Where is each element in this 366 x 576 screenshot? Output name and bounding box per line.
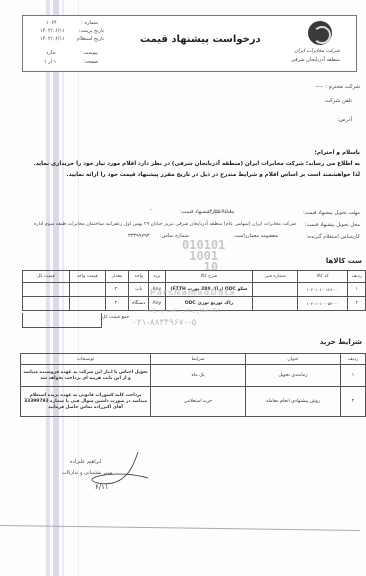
- col-unit-price: قیمت واحد: [69, 271, 105, 283]
- company-name: شرکت مخابرات ایران: [294, 48, 340, 54]
- meta-value-attachment: ندارد: [46, 50, 56, 56]
- watermark-binary: 010101 1001 10: [182, 240, 225, 273]
- meta-value-inquiry-date: ۱۴۰۲/۰۶/۱۱: [40, 36, 65, 42]
- signature-date: ۶/۱۱: [95, 483, 109, 491]
- cell-condition: خرید استعلامی: [151, 387, 246, 417]
- cell-row: ۱: [341, 365, 366, 387]
- expert-value: معصومه معمارراست: [234, 233, 278, 239]
- meta-value-print-date: ۱۴۰۲/۰۶/۱۱: [40, 28, 65, 34]
- cell-condition: یک ماه: [151, 365, 246, 387]
- cell-unit: باب: [129, 283, 149, 297]
- cell-tech-no: [253, 283, 297, 297]
- cell-unit-price: [69, 283, 105, 297]
- col-qty: مقدار: [105, 271, 129, 283]
- watermark-portal: پایگاه اطلاع رسانی مناقصه و مزایده: [146, 308, 221, 314]
- meta-value-page: ۱ از ۱: [44, 59, 56, 65]
- col-brand: برند: [149, 271, 166, 283]
- items-section-title: ست کالاها: [326, 257, 362, 265]
- deadline-label: مهلت تحویل پیشنهاد قیمت:: [303, 210, 360, 216]
- recipient-company: شرکت محترم : ----: [316, 84, 360, 90]
- col-total: قیمت کل: [23, 271, 70, 283]
- contact-value: ۳۳۳۹۹۷۹۳: [128, 233, 149, 239]
- cell-row: ۲: [348, 297, 366, 311]
- terms-section-title: شرایط خرید: [320, 338, 362, 346]
- sum-label: جمع قیمت کل: [102, 315, 129, 320]
- watermark-phone: ۰۲۱-۸۸۳۴۹۶۷۰-۵: [132, 318, 197, 328]
- table-row: ۱ زمانبندی تحویل یک ماه تحویل اجناس تا ا…: [21, 365, 366, 387]
- region-name: منطقه آذربایجان شرقی: [291, 57, 340, 63]
- watermark-brand: ParsNamadData: [150, 288, 236, 297]
- page-title: درخواست پیشنهاد قیمت: [140, 34, 261, 45]
- col-row: ردیف: [341, 354, 366, 365]
- cell-qty: ۲۰: [105, 297, 129, 311]
- col-row: ردیف: [348, 271, 366, 283]
- cell-notes: پرداخت کلیه کسورات قانونی به عهده برنده …: [21, 387, 151, 417]
- terms-table: ردیف عنوان شرایط توضیحات ۱ زمانبندی تحوی…: [20, 353, 366, 417]
- col-condition: شرایط: [151, 354, 246, 365]
- cell-total: [23, 297, 70, 311]
- cell-qty: ۲۰: [105, 283, 129, 297]
- company-logo-icon: [308, 21, 332, 45]
- cell-tech-no: [253, 297, 297, 311]
- cell-row: ۱: [348, 283, 366, 297]
- col-code: کد کالا: [297, 271, 348, 283]
- col-desc: شرح کالا: [165, 271, 253, 283]
- validity-value: -: [150, 207, 152, 213]
- col-tech-no: شماره فنی: [253, 271, 297, 283]
- sum-box: [22, 313, 102, 328]
- cell-code: ۱۰۲۰۱۰۱۰۰۱۲۸۰۰۰: [297, 283, 348, 297]
- cell-title: زمانبندی تحویل: [246, 365, 341, 387]
- recipient-phone: تلفن شرکت: [325, 98, 352, 104]
- meta-label-attachment: پیوست :: [80, 50, 98, 56]
- recipient-address: آدرس:: [337, 117, 352, 123]
- expert-label: کارشناس استعلام گیرنده:: [307, 234, 360, 240]
- intro-line-1: به اطلاع می رساند؛ شرکت مخابرات ایران (م…: [34, 161, 360, 167]
- location-value: شرکت مخابرات ایران (سهامی عام) منطقه آذر…: [34, 222, 296, 227]
- meta-value-number: ۱۰۶۴: [46, 20, 57, 26]
- meta-label-print-date: تاریخ پرینت:: [79, 28, 104, 34]
- table-row: ۲ روش پیشنهادی انجام معامله خرید استعلام…: [21, 387, 366, 417]
- meta-label-number: شماره :: [81, 20, 98, 26]
- cell-notes: تحویل اجناس تا انبار این شرکت به عهده فر…: [21, 365, 151, 387]
- greeting: باسلام و احترام؛: [315, 150, 360, 156]
- meta-label-page: صفحه:: [84, 59, 98, 65]
- cell-unit-price: [69, 297, 105, 311]
- col-unit: واحد: [129, 271, 149, 283]
- cell-total: [23, 283, 70, 297]
- location-label: محل تحویل پیشنهاد قیمت:: [305, 222, 360, 228]
- cell-row: ۲: [341, 387, 366, 417]
- col-title: عنوان: [246, 354, 341, 365]
- validity-label: مدت اعتبار پیشنهاد قیمت:: [180, 209, 234, 215]
- intro-line-2: لذا خواهشمند است بر اساس اقلام و شرایط م…: [66, 172, 360, 178]
- cell-code: ۱۰۲۰۱۰۱۰۰۰۵۴۰۰۰: [297, 297, 348, 311]
- cell-title: روش پیشنهادی انجام معامله: [246, 387, 341, 417]
- col-notes: توضیحات: [21, 354, 151, 365]
- meta-label-inquiry-date: تاریخ استعلام: [77, 36, 104, 42]
